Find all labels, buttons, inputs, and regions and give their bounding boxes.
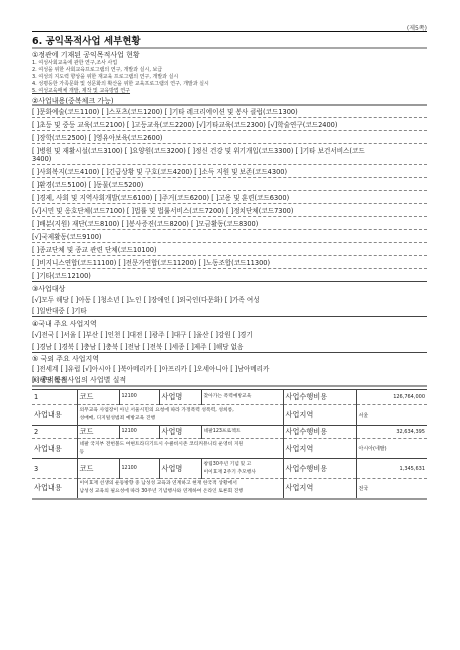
- project-1-content-row: 사업내용 의무교육 사업장이 아닌 서울시민의 요청에 따라 가정폭력 성폭력,…: [32, 405, 427, 426]
- business-content-row-13[interactable]: [ ]기타(코드12100): [32, 271, 427, 282]
- business-content-row-12[interactable]: [ ]비지니스연합(코드11100) [ ]전문가연합(코드11200) [ ]…: [32, 258, 427, 269]
- page-title: 6. 공익목적사업 세부현황: [32, 33, 141, 47]
- code-label: 코드: [77, 426, 119, 439]
- project-2-content-row: 사업내용 네팔 국지부 전헌볼도 여현트라디기트시 수클비시존 코티커뮤니티 운…: [32, 439, 427, 459]
- name-label: 사업명: [159, 426, 201, 439]
- domestic-region-row-1[interactable]: [√]전국 [ ]서울 [ ]부산 [ ]인천 [ ]대전 [ ]광주 [ ]대…: [32, 330, 427, 340]
- content-line-2: 남성성 교육의 필요성에 따라 30주년 기념행사와 연계하여 온라인 토론회 …: [80, 488, 281, 496]
- project-name: 네팔123프로젝트: [201, 426, 283, 439]
- project-content: 네팔 국지부 전헌볼도 여현트라디기트시 수클비시존 코티커뮤니티 운영비 지원…: [77, 439, 283, 459]
- business-content-row-7[interactable]: [ ]경제, 사회 및 지역사회개발(코드6100) [ ]주거(코드6200)…: [32, 193, 427, 204]
- section1-item-3: 3. 여성의 지도력 향상을 위한 재교육 프로그램의 연구, 개발과 실시: [32, 73, 427, 80]
- name-label: 사업명: [159, 459, 201, 479]
- business-content-row-8[interactable]: [√]시민 및 옹호단체(코드7100) [ ]법률 및 법률서비스(코드720…: [32, 206, 427, 217]
- cost-label: 사업수행비용: [283, 426, 356, 439]
- cost-value: 32,634,395: [356, 426, 427, 439]
- business-content-row-4-cont: 3400): [32, 154, 427, 165]
- content-line-2: 등: [80, 449, 281, 457]
- cost-value: 1,345,631: [356, 459, 427, 479]
- project-name: 창립30주년 기념 및 고 이이효재 2주기 추모행사: [201, 459, 283, 479]
- content-label: 사업내용: [32, 479, 77, 499]
- divider: [32, 385, 427, 387]
- business-content-row-10[interactable]: [√]국제활동(코드9100): [32, 232, 427, 243]
- cost-label: 사업수행비용: [283, 459, 356, 479]
- code-value: 12100: [119, 390, 159, 405]
- section1-item-2: 2. 여성을 위한 사회교육프로그램의 연구, 개발과 실시, 보급: [32, 66, 427, 73]
- content-line-1: 이이효재 선생의 운동방향 중 남성성 교육과 연계하고 현재 한국적 상황에서: [80, 480, 281, 488]
- project-performance-table: 1 코드 12100 사업명 찾아가는 폭력예방교육 사업수행비용 126,76…: [32, 389, 427, 500]
- target-row-2[interactable]: [ ]일반대중 [ ]기타: [32, 306, 427, 317]
- business-content-row-2[interactable]: [ ]초등 및 중등 교육(코드2100) [ ]고등교육(코드2200) [√…: [32, 120, 427, 131]
- section3-heading: ③사업대상: [32, 284, 427, 294]
- code-value: 12100: [119, 459, 159, 479]
- name-line-2: 이이효재 2주기 추모행사: [204, 469, 281, 477]
- content-line-1: 의무교육 사업장이 아닌 서울시민의 요청에 따라 가정폭력 성폭력, 성희롱,: [80, 407, 281, 415]
- project-content: 이이효재 선생의 운동방향 중 남성성 교육과 연계하고 현재 한국적 상황에서…: [77, 479, 283, 499]
- name-line-1: 창립30주년 기념 및 고: [204, 461, 281, 469]
- project-3-content-row: 사업내용 이이효재 선생의 운동방향 중 남성성 교육과 연계하고 현재 한국적…: [32, 479, 427, 499]
- project-number: 3: [32, 459, 77, 479]
- project-1-header-row: 1 코드 12100 사업명 찾아가는 폭력예방교육 사업수행비용 126,76…: [32, 390, 427, 405]
- business-content-row-11[interactable]: [ ]종교단체 및 종교 관련 단체(코드10100): [32, 245, 427, 256]
- section5-heading: ⑤ 국외 주요 사업지역: [32, 354, 427, 364]
- content-label: 사업내용: [32, 439, 77, 459]
- section4-heading: ④국내 주요 사업지역: [32, 319, 427, 329]
- content-line-1: 네팔 국지부 전헌볼도 여현트라디기트시 수클비시존 코티커뮤니티 운영비 지원: [80, 441, 281, 449]
- section1-item-4: 4. 성평등한 가족문화 및 성문화의 확산을 위한 교육프로그램의 연구, 개…: [32, 80, 427, 87]
- region-value: 서울: [356, 405, 427, 426]
- title-rule: [32, 31, 427, 32]
- business-content-row-6[interactable]: [ ]환경(코드5100) [ ]동물(코드5200): [32, 180, 427, 191]
- business-content-row-5[interactable]: [ ]사회복지(코드4100) [ ]긴급상황 및 구호(코드4200) [ ]…: [32, 167, 427, 178]
- project-number: 2: [32, 426, 77, 439]
- content-line-2: 성매매, 디지털성범죄 예방교육 진행: [80, 415, 281, 423]
- project-2-header-row: 2 코드 12100 사업명 네팔123프로젝트 사업수행비용 32,634,3…: [32, 426, 427, 439]
- cost-label: 사업수행비용: [283, 390, 356, 405]
- divider: [32, 104, 427, 106]
- region-value: 전국: [356, 479, 427, 499]
- business-content-row-3[interactable]: [ ]장학(코드2500) [ ]영유아보육(코드2600): [32, 133, 427, 144]
- business-content-row-1[interactable]: [ ]문화예술(코드1100) [ ]스포츠(코드1200) [ ]기타 레크리…: [32, 107, 427, 118]
- project-number: 1: [32, 390, 77, 405]
- section1-item-5: 5. 여성교육매체 개발, 제작 및 교육방법 연구: [32, 87, 427, 94]
- region-label: 사업지역: [283, 439, 356, 459]
- section1-item-1: 1. 여성사회교육에 관한 연구,조사 사업: [32, 59, 427, 66]
- title-underline: [32, 47, 427, 49]
- overseas-region-row-1[interactable]: [ ]전세계 [ ]유럽 [√]아시아 [ ]북아메리카 [ ]아프리카 [ ]…: [32, 364, 427, 374]
- code-label: 코드: [77, 459, 119, 479]
- target-row-1[interactable]: [√]모두 해당 [ ]아동 [ ]청소년 [ ]노인 [ ]장애인 [ ]외국…: [32, 295, 427, 305]
- code-label: 코드: [77, 390, 119, 405]
- content-label: 사업내용: [32, 405, 77, 426]
- code-value: 12100: [119, 426, 159, 439]
- domestic-region-row-2[interactable]: [ ]경남 [ ]경북 [ ]충남 [ ]충북 [ ]전남 [ ]전북 [ ]세…: [32, 342, 427, 353]
- section6-heading: ⑥ 공익목적사업의 사업별 실적: [32, 375, 427, 385]
- project-3-header-row: 3 코드 12100 사업명 창립30주년 기념 및 고 이이효재 2주기 추모…: [32, 459, 427, 479]
- region-value: 아시아(네팔): [356, 439, 427, 459]
- region-label: 사업지역: [283, 405, 356, 426]
- region-label: 사업지역: [283, 479, 356, 499]
- business-content-row-9[interactable]: [ ]배분(지원) 재단(코드8100) [ ]봉사증진(코드8200) [ ]…: [32, 219, 427, 230]
- cost-value: 126,764,000: [356, 390, 427, 405]
- name-label: 사업명: [159, 390, 201, 405]
- project-content: 의무교육 사업장이 아닌 서울시민의 요청에 따라 가정폭력 성폭력, 성희롱,…: [77, 405, 283, 426]
- project-name: 찾아가는 폭력예방교육: [201, 390, 283, 405]
